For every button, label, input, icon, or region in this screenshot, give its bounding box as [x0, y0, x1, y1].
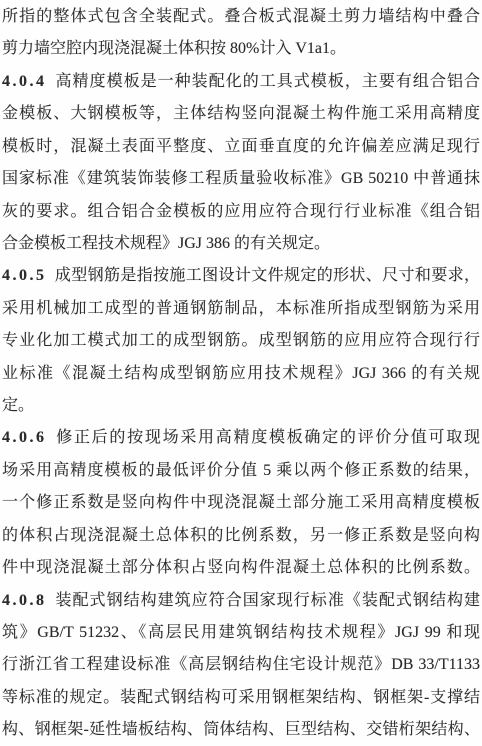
line-text: 构、钢框架-延性墙板结构、筒体结构、巨型结构、交错桁架结构、	[2, 721, 480, 738]
line-text: 定。	[2, 397, 34, 414]
line-text: 模板时，混凝土表面平整度、立面垂直度的允许偏差应满足现行	[2, 138, 480, 155]
line-text: 金模板、大钢模板等，主体结构竖向混凝土构件施工采用高精度	[2, 105, 480, 122]
line-text: 成型钢筋是指按施工图设计文件规定的形状、尺寸和要求，	[55, 267, 481, 284]
line-text: 剪力墙空腔内现浇混凝土体积按 80%计入 V1a1。	[2, 40, 346, 57]
text-line-clause-4-0-4: 4.0.4高精度模板是一种装配化的工具式模板，主要有组合铝合	[2, 66, 480, 98]
line-text: 修正后的按现场采用高精度模板确定的评价分值可取现	[55, 429, 481, 446]
text-line-clause-4-0-8: 4.0.8装配式钢结构建筑应符合国家现行标准《装配式钢结构建	[2, 585, 480, 617]
text-line: 专业化加工模式加工的成型钢筋。成型钢筋的应用应符合现行行	[2, 325, 480, 357]
clause-number: 4.0.5	[2, 267, 47, 284]
line-text: 场采用高精度模板的最低评价分值 5 乘以两个修正系数的结果，	[2, 462, 480, 479]
text-line-clause-4-0-5: 4.0.5成型钢筋是指按施工图设计文件规定的形状、尺寸和要求，	[2, 260, 480, 292]
text-line-clause-4-0-6: 4.0.6修正后的按现场采用高精度模板确定的评价分值可取现	[2, 422, 480, 454]
line-text: 高精度模板是一种装配化的工具式模板，主要有组合铝合	[55, 73, 481, 90]
line-text: 所指的整体式包含全装配式。叠合板式混凝土剪力墙结构中叠合	[2, 8, 480, 25]
document-page: 所指的整体式包含全装配式。叠合板式混凝土剪力墙结构中叠合 剪力墙空腔内现浇混凝土…	[0, 0, 482, 746]
text-line: 国家标准《建筑装饰装修工程质量验收标准》GB 50210 中普通抹	[2, 163, 480, 195]
line-text: 的体积占现浇混凝土总体积的比例系数，另一修正系数是竖向构	[2, 527, 480, 544]
line-text: 等标准的规定。装配式钢结构可采用钢框架结构、钢框架-支撑结	[2, 689, 480, 706]
text-line: 构、钢框架-延性墙板结构、筒体结构、巨型结构、交错桁架结构、	[2, 714, 480, 746]
line-text: 灰的要求。组合铝合金模板的应用应符合现行行业标准《组合铝	[2, 203, 480, 220]
line-text: 行浙江省工程建设标准《高层钢结构住宅设计规范》DB 33/T1133	[2, 656, 480, 673]
text-line: 行浙江省工程建设标准《高层钢结构住宅设计规范》DB 33/T1133	[2, 649, 480, 681]
clause-number: 4.0.6	[2, 429, 47, 446]
text-line: 筑》GB/T 51232、《高层民用建筑钢结构技术规程》JGJ 99 和现	[2, 617, 480, 649]
text-line: 一个修正系数是竖向构件中现浇混凝土部分施工采用高精度模板	[2, 487, 480, 519]
line-text: 件中现浇混凝土部分体积占竖向构件混凝土总体积的比例系数。	[2, 559, 480, 576]
text-line: 场采用高精度模板的最低评价分值 5 乘以两个修正系数的结果，	[2, 455, 480, 487]
line-text: 筑》GB/T 51232、《高层民用建筑钢结构技术规程》JGJ 99 和现	[2, 624, 480, 641]
line-text: 业标准《混凝土结构成型钢筋应用技术规程》JGJ 366 的有关规	[2, 365, 480, 382]
text-line: 等标准的规定。装配式钢结构可采用钢框架结构、钢框架-支撑结	[2, 682, 480, 714]
clause-number: 4.0.4	[2, 73, 47, 90]
text-line: 件中现浇混凝土部分体积占竖向构件混凝土总体积的比例系数。	[2, 552, 480, 584]
line-text: 一个修正系数是竖向构件中现浇混凝土部分施工采用高精度模板	[2, 494, 480, 511]
line-text: 国家标准《建筑装饰装修工程质量验收标准》GB 50210 中普通抹	[2, 170, 480, 187]
line-text: 专业化加工模式加工的成型钢筋。成型钢筋的应用应符合现行行	[2, 332, 480, 349]
text-line: 业标准《混凝土结构成型钢筋应用技术规程》JGJ 366 的有关规	[2, 358, 480, 390]
line-text: 采用机械加工成型的普通钢筋制品，本标准所指成型钢筋为采用	[2, 300, 480, 317]
text-line: 模板时，混凝土表面平整度、立面垂直度的允许偏差应满足现行	[2, 131, 480, 163]
line-text: 合金模板工程技术规程》JGJ 386 的有关规定。	[2, 235, 330, 252]
text-line: 采用机械加工成型的普通钢筋制品，本标准所指成型钢筋为采用	[2, 293, 480, 325]
line-text: 装配式钢结构建筑应符合国家现行标准《装配式钢结构建	[55, 592, 481, 609]
text-line: 的体积占现浇混凝土总体积的比例系数，另一修正系数是竖向构	[2, 520, 480, 552]
text-line: 金模板、大钢模板等，主体结构竖向混凝土构件施工采用高精度	[2, 98, 480, 130]
text-line: 剪力墙空腔内现浇混凝土体积按 80%计入 V1a1。	[2, 33, 480, 65]
text-line: 灰的要求。组合铝合金模板的应用应符合现行行业标准《组合铝	[2, 196, 480, 228]
text-line: 所指的整体式包含全装配式。叠合板式混凝土剪力墙结构中叠合	[2, 1, 480, 33]
clause-number: 4.0.8	[2, 592, 47, 609]
text-line: 合金模板工程技术规程》JGJ 386 的有关规定。	[2, 228, 480, 260]
text-line: 定。	[2, 390, 480, 422]
